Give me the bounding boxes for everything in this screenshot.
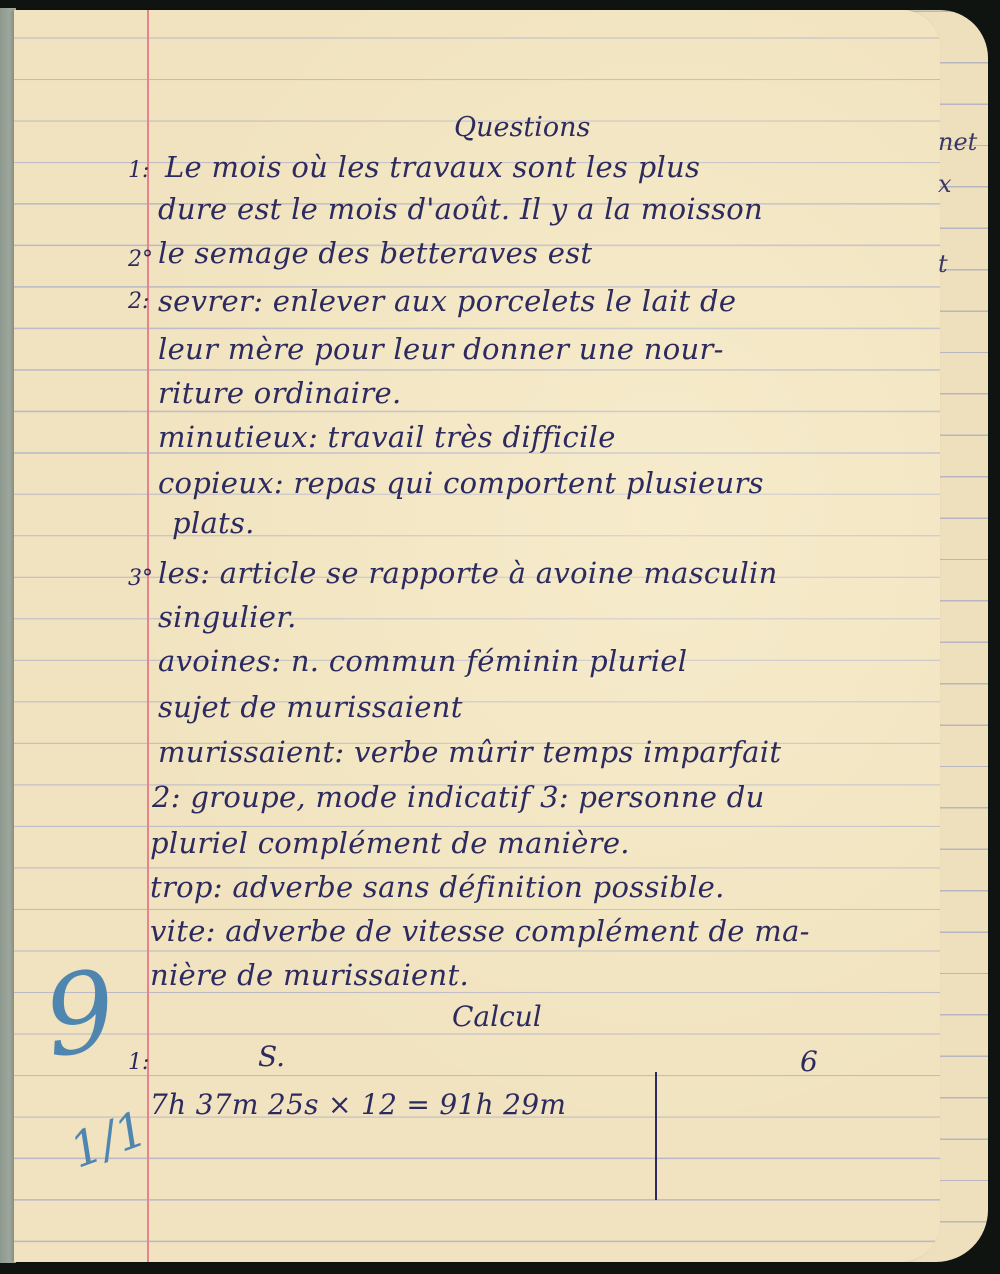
answer-line: leur mère pour leur donner une nour-	[158, 332, 724, 366]
next-page-peek-text: t	[938, 250, 948, 278]
calcul-column-s-header: S.	[258, 1040, 285, 1073]
answer-line: vite: adverbe de vitesse complément de m…	[150, 914, 810, 948]
answer-line: pluriel complément de manière.	[150, 826, 630, 860]
answer-line: minutieux: travail très difficile	[158, 420, 616, 454]
answer-line: avoines: n. commun féminin pluriel	[158, 644, 687, 678]
calcul-equation: 7h 37m 25s × 12 = 91h 29m	[150, 1088, 566, 1121]
item-number: 1:	[128, 158, 149, 183]
answer-line: singulier.	[158, 600, 297, 634]
answer-line: sevrer: enlever aux porcelets le lait de	[158, 284, 736, 318]
answer-line: dure est le mois d'août. Il y a la moiss…	[158, 192, 763, 226]
item-number: 2°	[128, 247, 153, 272]
item-number: 2:	[128, 289, 149, 314]
answer-line: riture ordinaire.	[158, 376, 401, 410]
calcul-heading: Calcul	[452, 1000, 542, 1033]
item-number: 3°	[128, 566, 153, 591]
answer-line: Le mois où les travaux sont les plus	[165, 150, 700, 184]
answer-line: trop: adverbe sans définition possible.	[150, 870, 725, 904]
answer-line: plats.	[172, 506, 255, 540]
answer-line: 2: groupe, mode indicatif 3: personne du	[152, 780, 765, 814]
answer-line: le semage des betteraves est	[158, 236, 592, 270]
answer-line: les: article se rapporte à avoine mascul…	[158, 556, 778, 590]
answer-line: sujet de murissaient	[158, 690, 463, 724]
questions-heading: Questions	[454, 112, 590, 143]
next-page-peek-text: x	[938, 170, 952, 198]
answer-line: nière de murissaient.	[150, 958, 469, 992]
calcul-column-divider	[655, 1072, 657, 1200]
calcul-column-right-header: 6	[800, 1045, 818, 1078]
answer-line: murissaient: verbe mûrir temps imparfait	[158, 735, 781, 769]
next-page-peek-text: net	[938, 128, 977, 156]
answer-line: copieux: repas qui comportent plusieurs	[158, 466, 764, 500]
calcul-item-number: 1:	[128, 1050, 149, 1075]
